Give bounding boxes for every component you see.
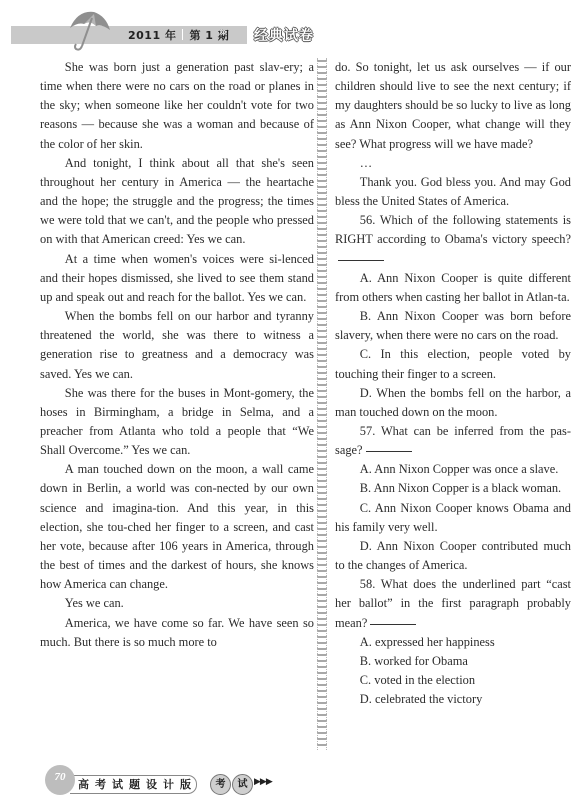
answer-blank <box>338 259 384 261</box>
question-57-stem: 57. What can be inferred from the pas-sa… <box>335 422 571 460</box>
paragraph-continuation: do. So tonight, let us ask ourselves — i… <box>335 58 571 154</box>
page-header: 2011 年第 1 期 ››› 经典试卷 <box>0 0 581 60</box>
umbrella-icon <box>64 8 114 52</box>
question-56-option-a: A. Ann Nixon Cooper is quite different f… <box>335 269 571 307</box>
chevron-right-icon: ››› <box>218 25 225 40</box>
issue-year: 2011 年 <box>128 29 176 42</box>
question-57-option-d: D. Ann Nixon Cooper contributed much to … <box>335 537 571 575</box>
question-56-option-b: B. Ann Nixon Cooper was born before slav… <box>335 307 571 345</box>
page-number: 70 <box>45 765 75 795</box>
question-58-option-c: C. voted in the election <box>335 671 571 690</box>
triple-arrow-icon: ▶▶▶ <box>254 777 272 787</box>
paragraph: She was there for the buses in Mont-gome… <box>40 384 314 461</box>
right-column: do. So tonight, let us ask ourselves — i… <box>335 58 571 709</box>
paragraph: And tonight, I think about all that she'… <box>40 154 314 250</box>
page-footer: 70 高考试题设计版 考 试 ▶▶▶ <box>0 755 581 800</box>
paragraph: At a time when women's voices were si-le… <box>40 250 314 307</box>
question-56-option-c: C. In this election, people voted by tou… <box>335 345 571 383</box>
question-56-stem: 56. Which of the following statements is… <box>335 211 571 268</box>
left-column: She was born just a generation past slav… <box>40 58 314 652</box>
question-58-option-d: D. celebrated the victory <box>335 690 571 709</box>
question-57-option-c: C. Ann Nixon Cooper knows Obama and his … <box>335 499 571 537</box>
question-56-option-d: D. When the bombs fell on the harbor, a … <box>335 384 571 422</box>
section-title: 经典试卷 <box>254 25 314 45</box>
ellipsis: … <box>335 154 571 173</box>
answer-blank <box>370 623 416 625</box>
question-57-option-a: A. Ann Nixon Copper was once a slave. <box>335 460 571 479</box>
question-58-option-b: B. worked for Obama <box>335 652 571 671</box>
paragraph: America, we have come so far. We have se… <box>40 614 314 652</box>
circle-char-kao: 考 <box>210 774 231 795</box>
paragraph: A man touched down on the moon, a wall c… <box>40 460 314 594</box>
question-57-option-b: B. Ann Nixon Copper is a black woman. <box>335 479 571 498</box>
publication-name: 高考试题设计版 <box>78 776 197 792</box>
issue-separator <box>182 29 183 40</box>
column-divider <box>317 58 327 750</box>
issue-info: 2011 年第 1 期 <box>128 27 229 43</box>
question-58-option-a: A. expressed her happiness <box>335 633 571 652</box>
paragraph: When the bombs fell on our harbor and ty… <box>40 307 314 384</box>
paragraph: Yes we can. <box>40 594 314 613</box>
paragraph-closing: Thank you. God bless you. And may God bl… <box>335 173 571 211</box>
paragraph: She was born just a generation past slav… <box>40 58 314 154</box>
answer-blank <box>366 450 412 452</box>
question-58-stem: 58. What does the underlined part “cast … <box>335 575 571 632</box>
circle-char-shi: 试 <box>232 774 253 795</box>
